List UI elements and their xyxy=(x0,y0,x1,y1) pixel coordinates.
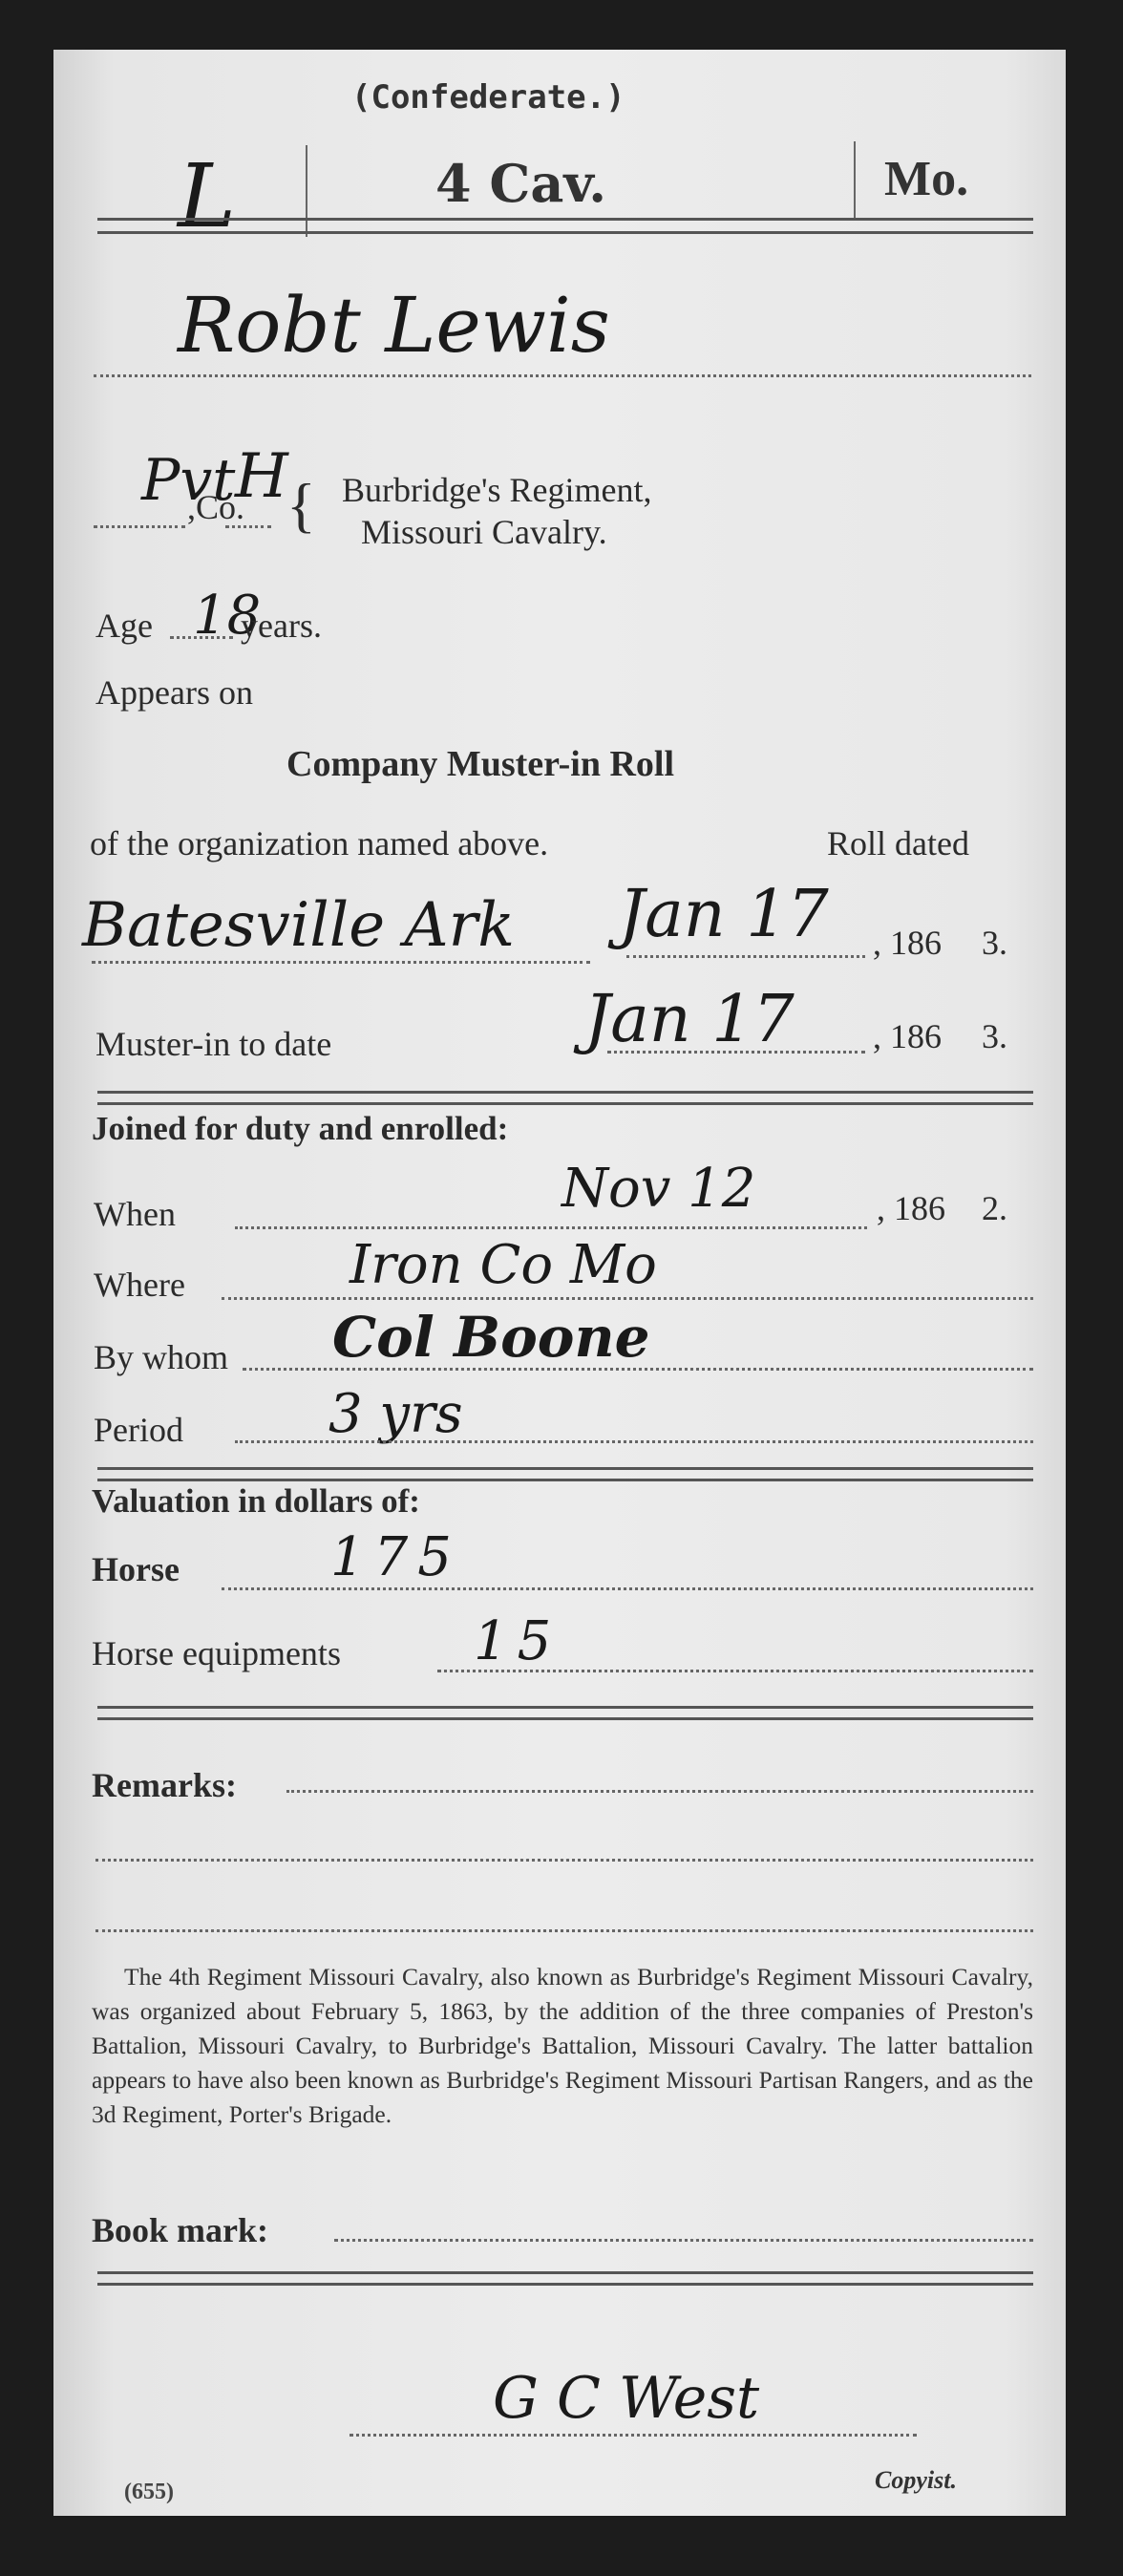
copyist-signature: G C West xyxy=(493,2365,759,2432)
company-value: H xyxy=(235,441,288,512)
period-value: 3 yrs xyxy=(328,1383,463,1445)
brace: { xyxy=(286,470,316,541)
unit-label: 4 Cav. xyxy=(435,153,606,214)
where-line xyxy=(222,1297,1033,1300)
horse-equipments-line xyxy=(437,1670,1033,1672)
header-divider xyxy=(306,145,307,237)
copyist-line xyxy=(350,2434,917,2437)
muster-in-label: Muster-in to date xyxy=(95,1024,331,1064)
when-value: Nov 12 xyxy=(561,1158,755,1220)
muster-card: (Confederate.) L 4 Cav. Mo. Robt Lewis P… xyxy=(53,50,1066,2516)
divider xyxy=(97,1717,1033,1720)
when-year-prefix: , 186 xyxy=(877,1188,945,1228)
by-whom-label: By whom xyxy=(94,1337,228,1377)
period-label: Period xyxy=(94,1410,183,1450)
historical-note: The 4th Regiment Missouri Cavalry, also … xyxy=(92,1960,1033,2132)
divider xyxy=(97,1102,1033,1105)
age-line xyxy=(170,636,233,639)
historical-note-text: The 4th Regiment Missouri Cavalry, also … xyxy=(92,1960,1033,2132)
muster-in-date: Jan 17 xyxy=(584,982,795,1057)
divider xyxy=(97,1706,1033,1709)
form-number: (655) xyxy=(124,2480,174,2505)
roll-date-line xyxy=(626,955,865,958)
bookmark-label: Book mark: xyxy=(92,2210,268,2250)
roll-type: Company Muster-in Roll xyxy=(286,743,674,785)
state-label: Mo. xyxy=(884,151,968,207)
of-organization-text: of the organization named above. xyxy=(90,823,548,863)
period-line xyxy=(235,1440,1033,1443)
age-label: Age xyxy=(95,606,153,646)
valuation-heading: Valuation in dollars of: xyxy=(92,1482,420,1521)
header-divider xyxy=(854,141,856,218)
roll-place-line xyxy=(92,961,590,964)
muster-year-digit: 3. xyxy=(982,1016,1007,1056)
by-whom-line xyxy=(243,1368,1033,1371)
remarks-line xyxy=(95,1929,1033,1932)
bookmark-line xyxy=(334,2239,1033,2242)
divider xyxy=(97,218,1033,221)
when-label: When xyxy=(94,1194,176,1234)
company-line xyxy=(225,525,271,528)
appears-on-label: Appears on xyxy=(95,672,253,713)
horse-label: Horse xyxy=(92,1549,180,1589)
roll-place: Batesville Ark xyxy=(82,890,515,961)
affiliation-label: (Confederate.) xyxy=(351,78,625,117)
muster-in-line xyxy=(607,1051,865,1054)
soldier-name: Robt Lewis xyxy=(178,281,610,370)
divider xyxy=(97,2283,1033,2286)
roll-year-prefix: , 186 xyxy=(873,923,942,963)
muster-year-prefix: , 186 xyxy=(873,1016,942,1056)
regiment-line1: Burbridge's Regiment, xyxy=(342,470,651,510)
where-value: Iron Co Mo xyxy=(350,1234,657,1296)
age-suffix: years. xyxy=(241,606,322,646)
remarks-label: Remarks: xyxy=(92,1765,237,1805)
roll-year-digit: 3. xyxy=(982,923,1007,963)
horse-line xyxy=(222,1587,1033,1590)
roll-dated-label: Roll dated xyxy=(827,823,969,863)
when-year-digit: 2. xyxy=(982,1188,1007,1228)
joined-heading: Joined for duty and enrolled: xyxy=(92,1110,508,1148)
remarks-line xyxy=(286,1790,1033,1793)
regiment-line2: Missouri Cavalry. xyxy=(361,512,607,552)
divider xyxy=(97,2271,1033,2274)
when-line xyxy=(235,1226,867,1229)
divider xyxy=(97,231,1033,234)
divider xyxy=(97,1467,1033,1470)
remarks-line xyxy=(95,1859,1033,1862)
horse-value: 175 xyxy=(330,1526,461,1588)
roll-date: Jan 17 xyxy=(619,877,829,952)
by-whom-value: Col Boone xyxy=(332,1305,650,1370)
where-label: Where xyxy=(94,1265,185,1305)
divider xyxy=(97,1479,1033,1481)
rank-line xyxy=(94,525,185,528)
horse-equipments-value: 15 xyxy=(474,1610,561,1672)
divider xyxy=(97,1091,1033,1094)
name-line xyxy=(94,374,1031,377)
copyist-label: Copyist. xyxy=(875,2466,957,2495)
horse-equipments-label: Horse equipments xyxy=(92,1633,341,1673)
